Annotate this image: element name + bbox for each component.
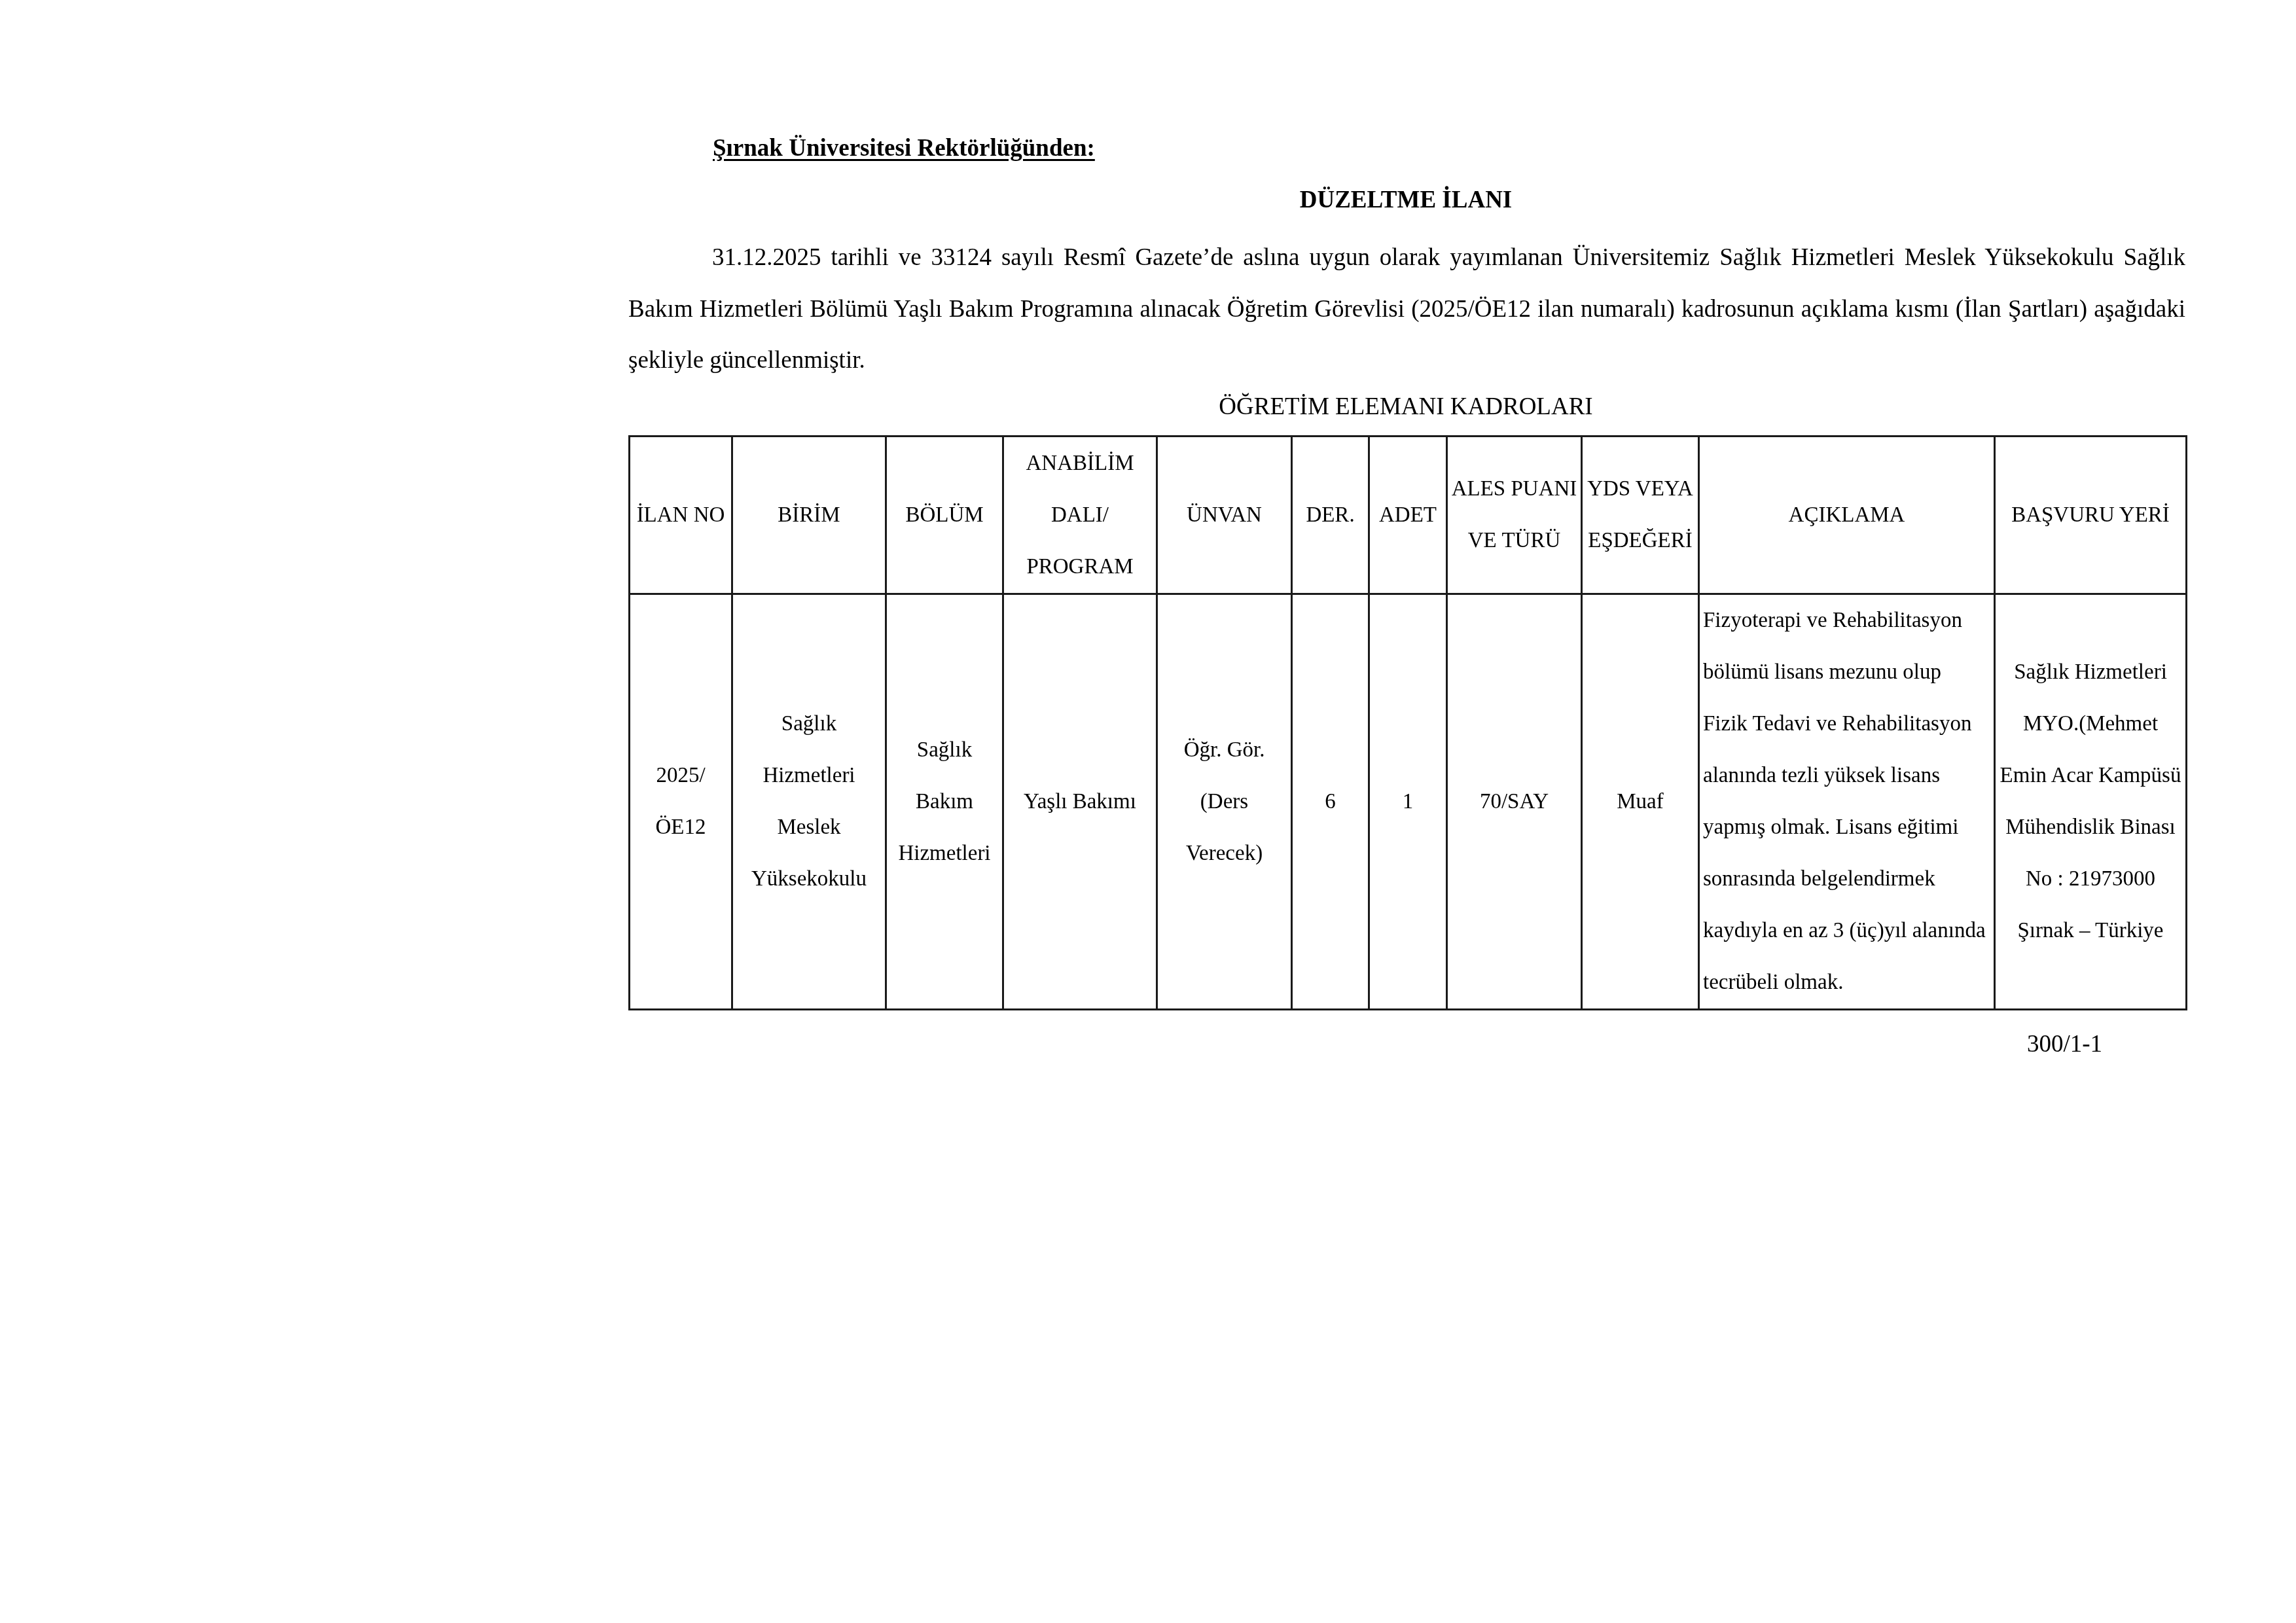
cell-line: AÇIKLAMA: [1701, 490, 1992, 541]
cell-line: DER.: [1294, 490, 1367, 541]
cell-unvan: Öğr. Gör.(DersVerecek): [1157, 594, 1292, 1010]
header-ilan-no: İLAN NO: [630, 437, 732, 594]
cell-line: Fizik Tedavi ve Rehabilitasyon: [1703, 698, 1992, 750]
cell-line: ANABİLİM: [1005, 438, 1155, 490]
cell-line: PROGRAM: [1005, 541, 1155, 593]
header-der: DER.: [1292, 437, 1369, 594]
cell-line: (Ders: [1159, 776, 1289, 828]
cell-line: Bakım: [888, 776, 1001, 828]
announcement-paragraph: 31.12.2025 tarihli ve 33124 sayılı Resmî…: [628, 232, 2185, 387]
cell-line: ÜNVAN: [1159, 490, 1289, 541]
cell-line: tecrübeli olmak.: [1703, 957, 1992, 1008]
header-unvan: ÜNVAN: [1157, 437, 1292, 594]
cell-line: Hizmetleri: [734, 750, 884, 802]
cell-line: MYO.(Mehmet: [1997, 698, 2184, 750]
cell-line: Muaf: [1584, 776, 1696, 828]
cell-line: BİRİM: [734, 490, 884, 541]
cell-line: No : 21973000: [1997, 853, 2184, 905]
cell-bolum: SağlıkBakımHizmetleri: [886, 594, 1003, 1010]
cell-ilan-no: 2025/ÖE12: [630, 594, 732, 1010]
cell-line: ALES PUANI: [1449, 463, 1579, 515]
issuer-heading: Şırnak Üniversitesi Rektörlüğünden:: [713, 134, 1095, 162]
header-birim: BİRİM: [732, 437, 886, 594]
cell-line: BAŞVURU YERİ: [1997, 490, 2184, 541]
cell-line: 1: [1371, 776, 1444, 828]
cell-line: Sağlık: [734, 698, 884, 750]
header-adet: ADET: [1369, 437, 1447, 594]
cell-line: alanında tezli yüksek lisans: [1703, 750, 1992, 802]
cell-line: Yüksekokulu: [734, 853, 884, 905]
cell-line: kaydıyla en az 3 (üç)yıl alanında: [1703, 905, 1992, 957]
table-header-row: İLAN NO BİRİM BÖLÜM ANABİLİMDALI/PROGRAM…: [630, 437, 2187, 594]
cell-adet: 1: [1369, 594, 1447, 1010]
cell-line: YDS VEYA: [1584, 463, 1696, 515]
table-caption: ÖĞRETİM ELEMANI KADROLARI: [1144, 393, 1668, 421]
staff-positions-table: İLAN NO BİRİM BÖLÜM ANABİLİMDALI/PROGRAM…: [628, 435, 2187, 1010]
cell-line: Öğr. Gör.: [1159, 724, 1289, 776]
cell-line: ÖE12: [632, 802, 730, 853]
footer-code: 300/1-1: [2027, 1030, 2102, 1058]
header-aciklama: AÇIKLAMA: [1699, 437, 1995, 594]
cell-der: 6: [1292, 594, 1369, 1010]
cell-line: Sağlık: [888, 724, 1001, 776]
header-ales: ALES PUANIVE TÜRÜ: [1447, 437, 1582, 594]
cell-line: 6: [1294, 776, 1367, 828]
cell-line: BÖLÜM: [888, 490, 1001, 541]
cell-line: İLAN NO: [632, 490, 730, 541]
cell-line: Sağlık Hizmetleri: [1997, 647, 2184, 698]
table-row: 2025/ÖE12 SağlıkHizmetleriMeslekYüksekok…: [630, 594, 2187, 1010]
cell-line: ADET: [1371, 490, 1444, 541]
header-yds: YDS VEYAEŞDEĞERİ: [1582, 437, 1699, 594]
header-basvuru: BAŞVURU YERİ: [1995, 437, 2187, 594]
header-bolum: BÖLÜM: [886, 437, 1003, 594]
cell-line: bölümü lisans mezunu olup: [1703, 647, 1992, 698]
cell-line: Meslek: [734, 802, 884, 853]
cell-line: sonrasında belgelendirmek: [1703, 853, 1992, 905]
cell-line: Verecek): [1159, 828, 1289, 880]
cell-line: VE TÜRÜ: [1449, 515, 1579, 567]
cell-aciklama: Fizyoterapi ve Rehabilitasyonbölümü lisa…: [1699, 594, 1995, 1010]
cell-ales: 70/SAY: [1447, 594, 1582, 1010]
cell-line: Hizmetleri: [888, 828, 1001, 880]
cell-line: DALI/: [1005, 490, 1155, 541]
cell-line: 2025/: [632, 750, 730, 802]
cell-line: Mühendislik Binası: [1997, 802, 2184, 853]
cell-line: yapmış olmak. Lisans eğitimi: [1703, 802, 1992, 853]
cell-line: EŞDEĞERİ: [1584, 515, 1696, 567]
cell-line: 70/SAY: [1449, 776, 1579, 828]
cell-yds: Muaf: [1582, 594, 1699, 1010]
document-title: DÜZELTME İLANI: [1144, 186, 1668, 214]
cell-basvuru: Sağlık HizmetleriMYO.(MehmetEmin Acar Ka…: [1995, 594, 2187, 1010]
cell-line: Şırnak – Türkiye: [1997, 905, 2184, 957]
cell-birim: SağlıkHizmetleriMeslekYüksekokulu: [732, 594, 886, 1010]
cell-anabilim: Yaşlı Bakımı: [1003, 594, 1157, 1010]
cell-line: Fizyoterapi ve Rehabilitasyon: [1703, 595, 1992, 647]
cell-line: Yaşlı Bakımı: [1005, 776, 1155, 828]
cell-line: Emin Acar Kampüsü: [1997, 750, 2184, 802]
header-anabilim: ANABİLİMDALI/PROGRAM: [1003, 437, 1157, 594]
